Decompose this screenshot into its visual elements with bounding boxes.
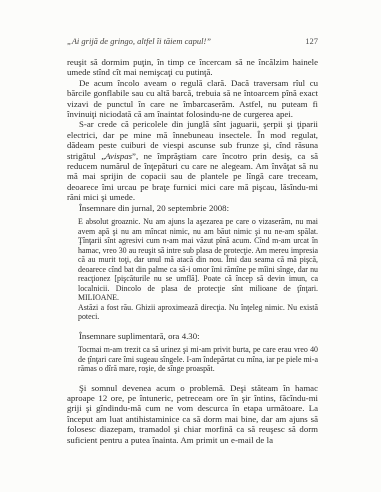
journal-entry-heading-2: Însemnare suplimentară, ora 4.30: (67, 331, 318, 341)
journal-entry-quote-1: E absolut groaznic. Nu am ajuns la aşeza… (78, 217, 318, 322)
running-header-title: „Ai grijă de gringo, altfel îi tăiem cap… (67, 36, 211, 47)
journal-entry-1-paragraph-1: E absolut groaznic. Nu am ajuns la aşeza… (78, 217, 318, 303)
journal-entry-2-paragraph-1: Tocmai m-am trezit ca să urinez şi mi-am… (78, 345, 318, 374)
paragraph-sleep-problem: Şi somnul devenea acum o problemă. Deşi … (67, 383, 318, 445)
running-header: „Ai grijă de gringo, altfel îi tăiem cap… (67, 36, 318, 47)
paragraph-river-rule: De acum încolo aveam o regulă clară. Dac… (67, 78, 318, 120)
journal-entry-quote-2: Tocmai m-am trezit ca să urinez şi mi-am… (78, 345, 318, 374)
book-page: „Ai grijă de gringo, altfel îi tăiem cap… (0, 0, 381, 492)
journal-entry-1-paragraph-2: Astăzi a fost rău. Ghizii aproximează di… (78, 303, 318, 322)
avispas-italic-word: Avispas (105, 151, 132, 161)
page-number: 127 (305, 36, 318, 47)
paragraph-jungle-insects: S-ar crede că pericolele din junglă sînt… (67, 119, 318, 202)
paragraph-continuation: reuşit să dormim puţin, în timp ce încer… (67, 57, 318, 78)
journal-entry-heading-1: Însemnare din jurnal, 20 septembrie 2008… (67, 203, 318, 213)
page-body: reuşit să dormim puţin, în timp ce încer… (67, 57, 318, 445)
